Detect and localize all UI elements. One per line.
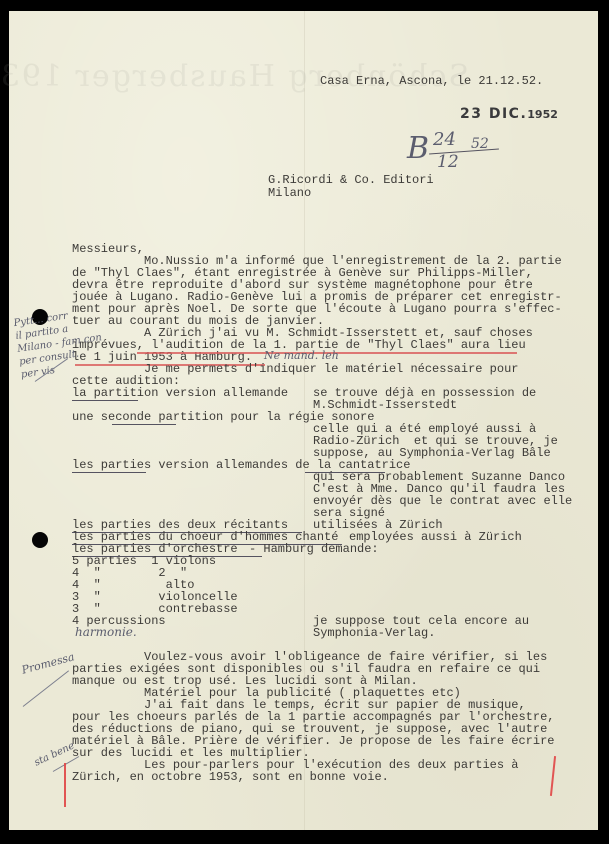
pencil-underline: [112, 424, 176, 425]
margin-note-stroke: [23, 670, 69, 706]
recipient-line-2: Milano: [268, 187, 311, 199]
stamp-year: 1952: [527, 108, 558, 121]
material-item-right: - Hamburg demande:: [249, 543, 379, 555]
letter-page: Schönberg Hausberger 193 Casa Erna, Asco…: [9, 11, 598, 830]
orchestra-note-line: Symphonia-Verlag.: [313, 627, 435, 639]
stamp-day-month: 23 DIC.: [460, 106, 527, 122]
margin-note-bottom: sta bene: [33, 740, 77, 768]
recipient-line-1: G.Ricordi & Co. Editori: [268, 174, 434, 186]
margin-note-top: Pytt... corr il partito a Milano - fam c…: [13, 305, 106, 381]
handwritten-ref-year: 52: [471, 136, 489, 152]
punch-hole-bottom: [32, 532, 48, 548]
material-item-left: la partition version allemande: [72, 387, 288, 399]
handwritten-ref-numerator: 24: [433, 129, 456, 150]
handwritten-ref-denominator: 12: [437, 152, 459, 172]
harmonie-handwritten-note: harmonie.: [75, 625, 137, 639]
place-date: Casa Erna, Ascona, le 21.12.52.: [320, 75, 543, 87]
red-margin-mark-left: [64, 763, 66, 807]
pencil-underline: [72, 400, 138, 401]
pencil-underline: [72, 472, 146, 473]
margin-note-mid: Promessa: [20, 650, 76, 677]
p7-line: Zürich, en octobre 1953, sont en bonne v…: [72, 771, 389, 783]
received-date-stamp: 23 DIC.1952: [460, 106, 558, 122]
inline-handwritten-note: Ne mand. leh: [264, 349, 339, 362]
red-margin-mark-right: [550, 756, 556, 796]
handwritten-ref-initial: B: [407, 131, 429, 166]
